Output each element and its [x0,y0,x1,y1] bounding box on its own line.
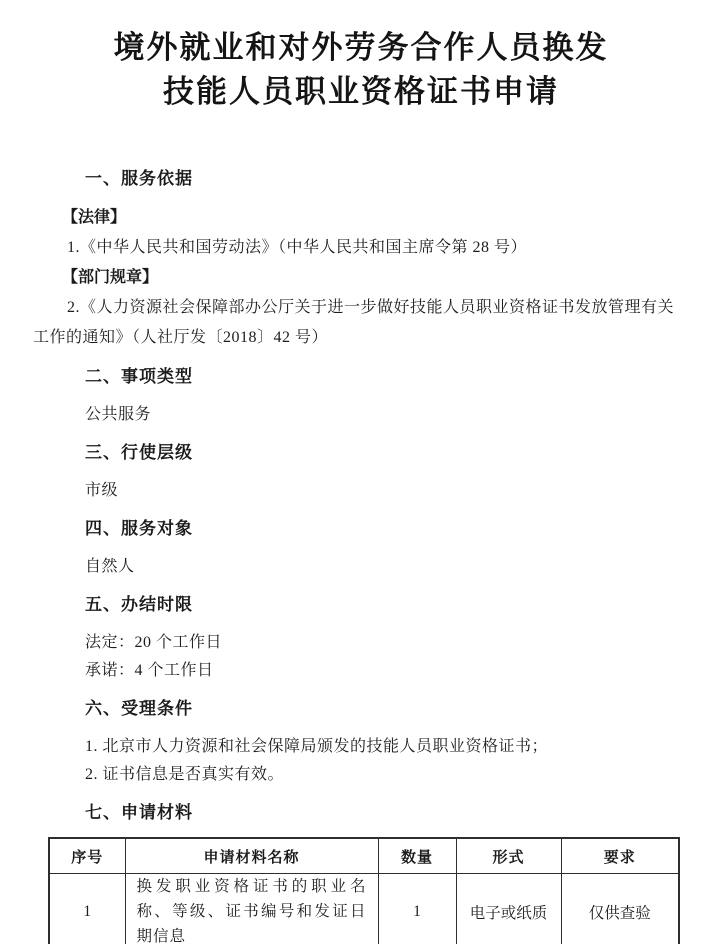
acceptance-condition-2: 2. 证书信息是否真实有效。 [33,761,700,789]
section-heading-item-type: 二、事项类型 [33,364,700,390]
law-citation-item: 1.《中华人民共和国劳动法》（中华人民共和国主席令第 28 号） [33,233,690,263]
section-heading-service-target: 四、服务对象 [33,516,700,542]
document-body: 一、服务依据 【法律】 1.《中华人民共和国劳动法》（中华人民共和国主席令第 2… [33,166,700,944]
document-title-line-1: 境外就业和对外劳务合作人员换发 [0,26,722,70]
table-header-quantity: 数量 [378,838,456,874]
acceptance-condition-1: 1. 北京市人力资源和社会保障局颁发的技能人员职业资格证书； [33,733,700,761]
cell-form: 电子或纸质 [456,874,561,944]
section-heading-exercise-level: 三、行使层级 [33,440,700,466]
table-row: 1 换发职业资格证书的职业名称、等级、证书编号和发证日期信息 1 电子或纸质 仅… [49,874,679,944]
section-heading-application-materials: 七、申请材料 [33,800,700,826]
table-header-row: 序号 申请材料名称 数量 形式 要求 [49,838,679,874]
item-type-value: 公共服务 [33,401,700,429]
application-materials-table: 序号 申请材料名称 数量 形式 要求 1 换发职业资格证书的职业名称、等级、证书… [48,837,680,944]
table-header-seq: 序号 [49,838,125,874]
table-header-form: 形式 [456,838,561,874]
document-page: 境外就业和对外劳务合作人员换发 技能人员职业资格证书申请 一、服务依据 【法律】… [0,0,722,944]
cell-quantity: 1 [378,874,456,944]
regulation-citation-item: 2.《人力资源社会保障部办公厅关于进一步做好技能人员职业资格证书发放管理有关工作… [33,293,690,353]
section-heading-acceptance-conditions: 六、受理条件 [33,696,700,722]
table-header-requirement: 要求 [561,838,679,874]
table-header-material-name: 申请材料名称 [125,838,378,874]
statutory-time-limit: 法定：20 个工作日 [33,629,700,657]
regulation-category-label: 【部门规章】 [33,263,700,293]
service-target-value: 自然人 [33,553,700,581]
document-title-line-2: 技能人员职业资格证书申请 [0,70,722,114]
cell-material-name: 换发职业资格证书的职业名称、等级、证书编号和发证日期信息 [125,874,378,944]
section-heading-service-basis: 一、服务依据 [33,166,700,192]
promised-time-limit: 承诺：4 个工作日 [33,657,700,685]
document-title: 境外就业和对外劳务合作人员换发 技能人员职业资格证书申请 [0,0,722,114]
cell-requirement: 仅供查验 [561,874,679,944]
cell-seq: 1 [49,874,125,944]
section-heading-time-limit: 五、办结时限 [33,592,700,618]
exercise-level-value: 市级 [33,477,700,505]
law-category-label: 【法律】 [33,203,700,233]
